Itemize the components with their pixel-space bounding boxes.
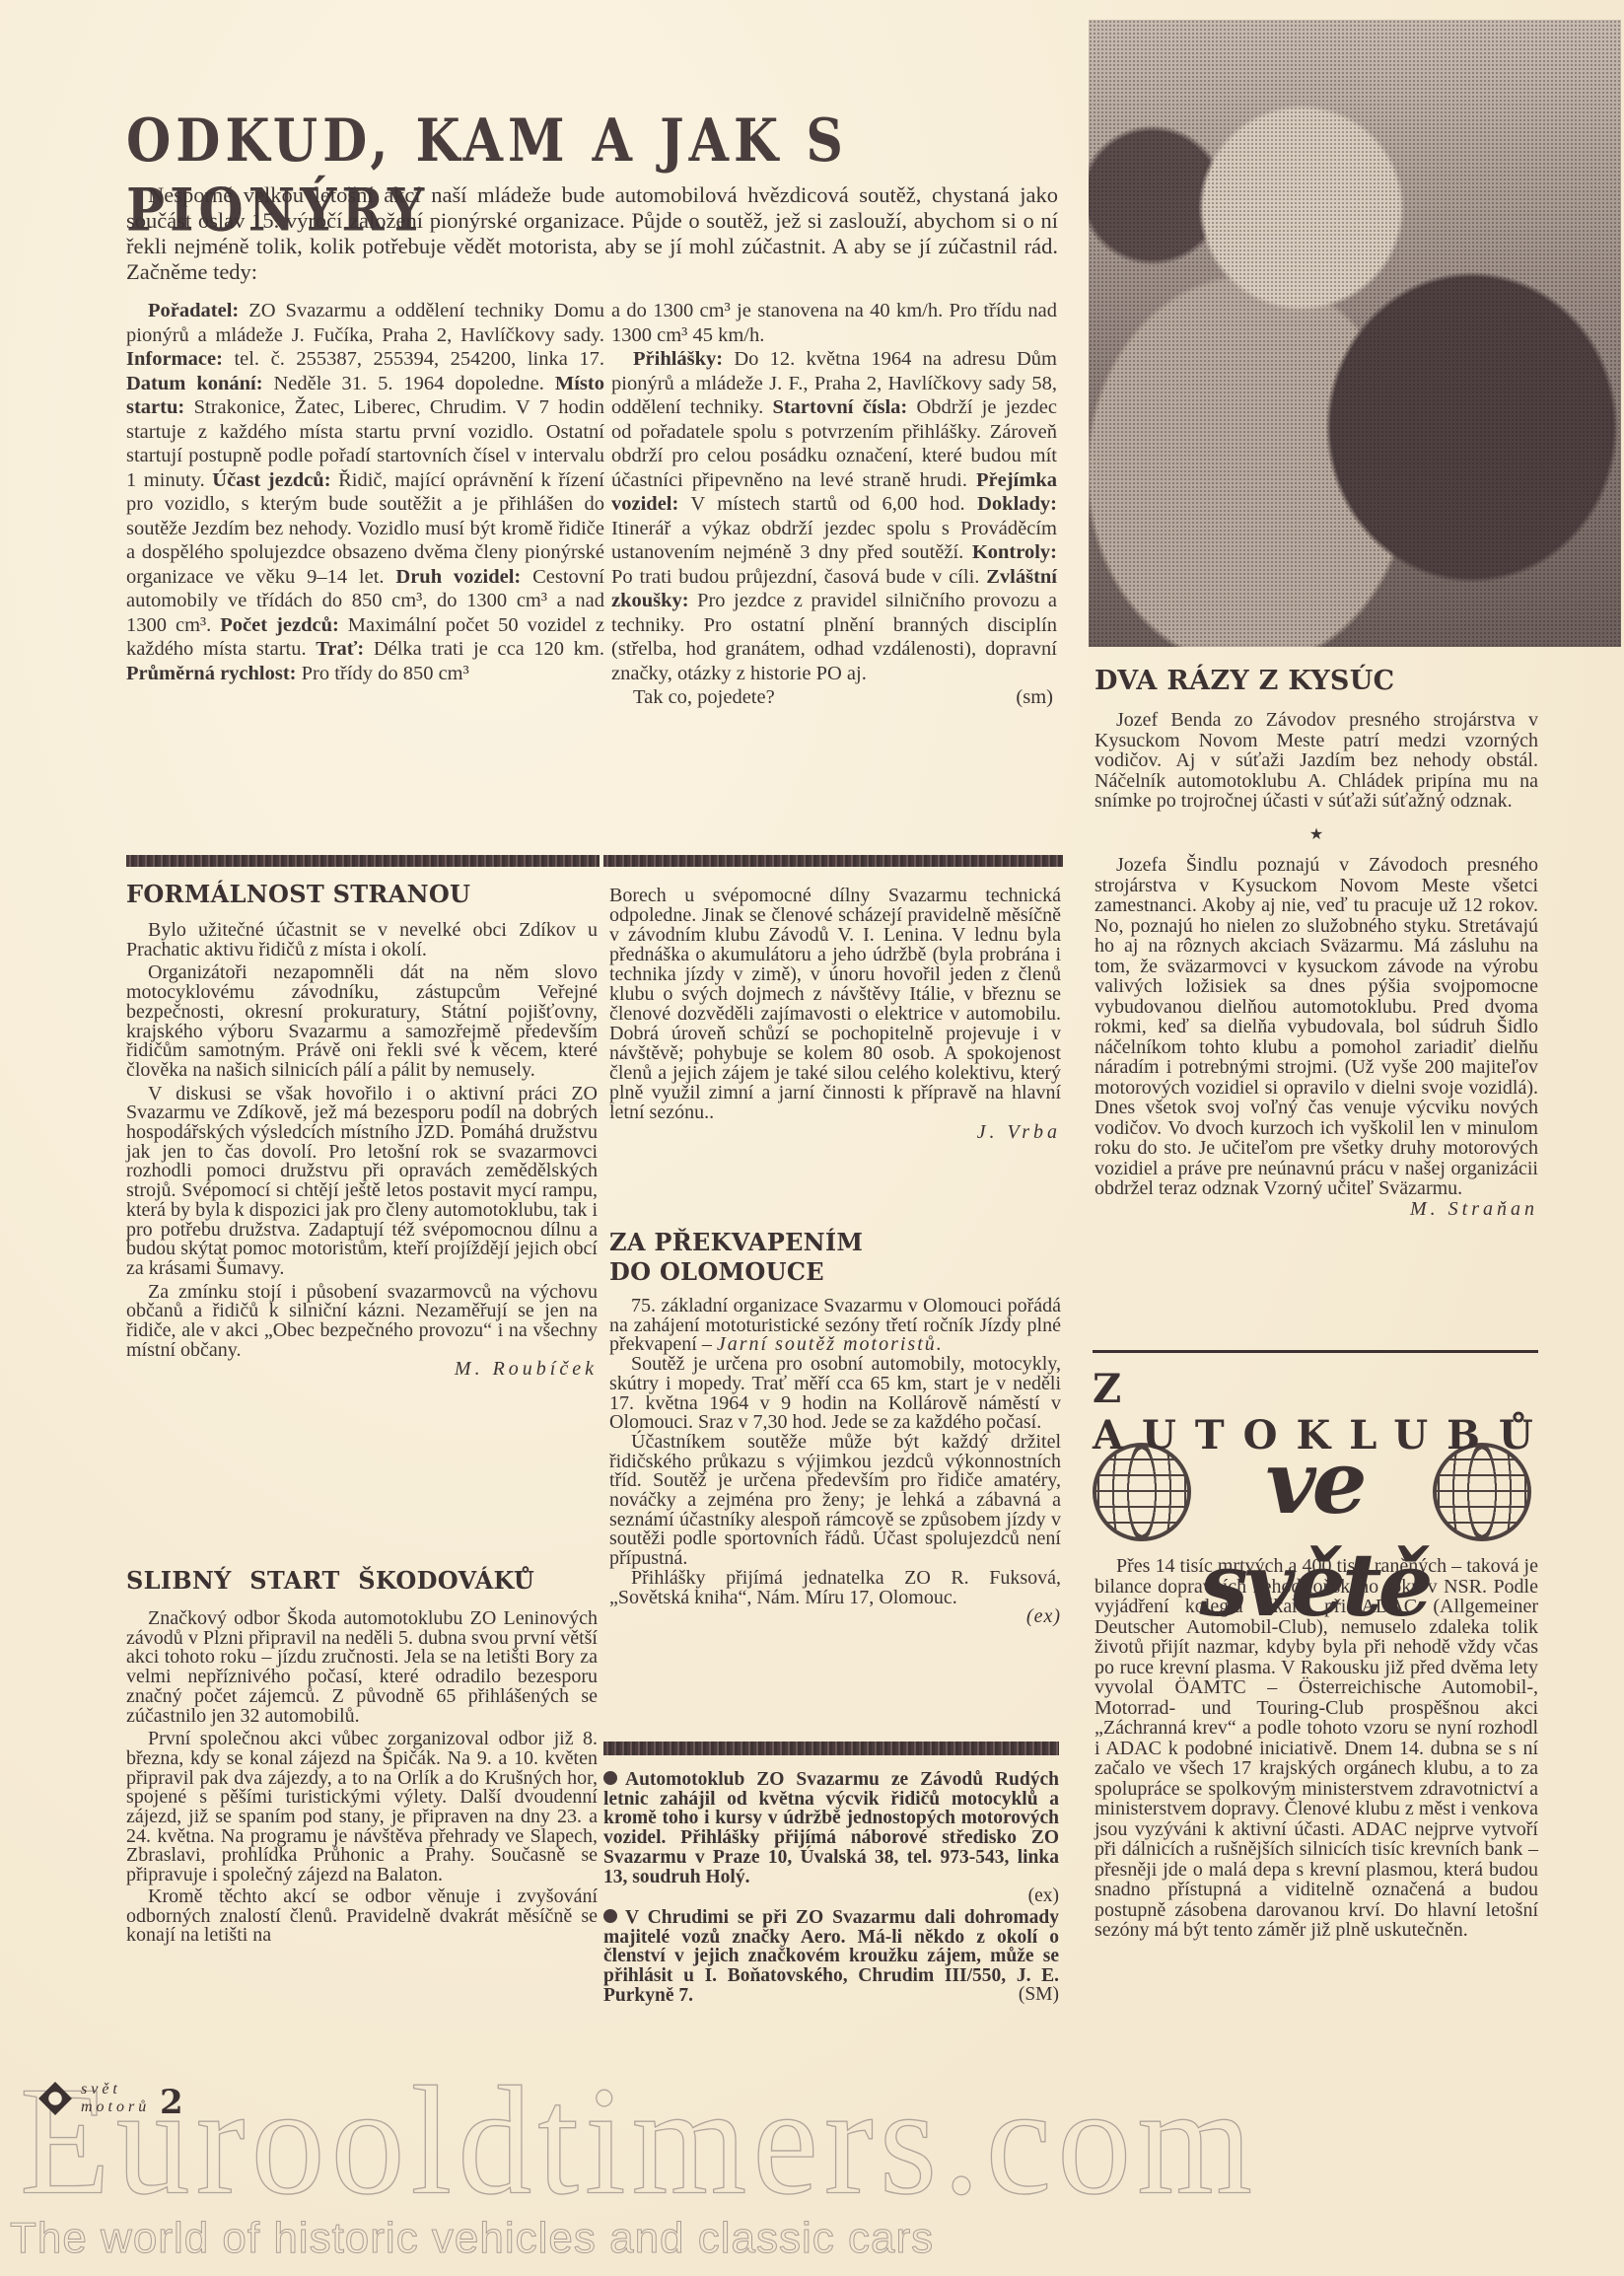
field-label: Průměrná rychlost:: [126, 663, 297, 684]
article-signature: (ex): [603, 1886, 1059, 1906]
autoklub-article: Přes 14 tisíc mrtvých a 400 tisíc raněný…: [1094, 1556, 1538, 1941]
field-label: Kontroly:: [972, 541, 1057, 563]
article-paragraph: Organizátoři nezapomněli dát na něm slov…: [126, 963, 598, 1080]
article-headline: FORMÁLNOST STRANOU: [126, 880, 598, 909]
slibny-start-article: SLIBNÝ START ŠKODOVÁKŮ Značkový odbor Šk…: [126, 1566, 598, 1946]
field-label: Pořadatel:: [148, 300, 239, 321]
article-signature: J. Vrba: [609, 1122, 1061, 1142]
page-number: 2: [160, 2083, 183, 2122]
field-label: Datum konání:: [126, 373, 263, 394]
field-text: tel. č. 255387, 255394, 254200, linka 17…: [223, 348, 604, 370]
section-divider: [1093, 1350, 1538, 1353]
article-paragraph: Soutěž je určena pro osobní automobily, …: [609, 1355, 1061, 1433]
article-paragraph: Kromě těchto akcí se odbor věnuje i zvyš…: [126, 1887, 598, 1946]
bullet-icon: [603, 1771, 617, 1785]
article-paragraph: Borech u svépomocné dílny Svazarmu techn…: [609, 886, 1061, 1122]
field-label: Druh vozidel:: [395, 566, 521, 588]
formalnost-article: FORMÁLNOST STRANOU Bylo užitečné účastni…: [126, 880, 598, 1380]
article-paragraph: Bylo užitečné účastnit se v nevelké obci…: [126, 921, 598, 960]
magazine-name-line-2: motorů: [81, 2098, 150, 2116]
article-paragraph: Přihlášky přijímá jednatelka ZO R. Fukso…: [609, 1569, 1061, 1607]
main-article-column-2: a do 1300 cm³ je stanovena na 40 km/h. P…: [611, 299, 1057, 710]
field-label: Počet jezdců:: [220, 614, 339, 636]
field-text: Po trati budou průjezdní, časová bude v …: [611, 566, 986, 588]
article-headline-line-2: DO OLOMOUCE: [609, 1257, 1061, 1287]
article-paragraph: Značkový odbor Škoda automotoklubu ZO Le…: [126, 1609, 598, 1726]
article-paragraph: Za zmínku stojí i působení svazarmovců n…: [126, 1283, 598, 1361]
field-text: Pro třídy do 850 cm³: [297, 663, 469, 684]
field-text: Délka trati je cca 120 km.: [364, 638, 604, 660]
globe-icon: [1433, 1443, 1531, 1541]
field-text: Neděle 31. 5. 1964 dopoledne.: [263, 373, 555, 394]
magazine-name-line-1: svět: [81, 2081, 150, 2098]
event-name: Jarní soutěž motoristů.: [717, 1333, 944, 1355]
field-label: Informace:: [126, 348, 223, 370]
article-signature: M. Roubíček: [126, 1360, 598, 1380]
article-paragraph: Účastníkem soutěže může být každý držite…: [609, 1433, 1061, 1569]
section-divider: [126, 855, 600, 867]
star-separator-icon: ★: [1094, 825, 1538, 846]
article-signature: (sm): [994, 685, 1053, 710]
globe-icon: [1093, 1443, 1191, 1541]
bullet-icon: [603, 1909, 617, 1923]
article-signature: M. Straňan: [1094, 1199, 1538, 1220]
article-paragraph: Jozefa Šindlu poznajú v Závodoch presnéh…: [1094, 855, 1538, 1199]
article-headline: SLIBNÝ START ŠKODOVÁKŮ: [126, 1566, 598, 1596]
field-label: Účast jezdců:: [212, 469, 330, 491]
section-divider: [603, 1742, 1059, 1755]
olomouc-article: ZA PŘEKVAPENÍM DO OLOMOUCE 75. základní …: [609, 1228, 1061, 1627]
field-label: Doklady:: [977, 493, 1057, 515]
short-news: Automotoklub ZO Svazarmu ze Závodů Rudýc…: [603, 1770, 1059, 2005]
short-news-text: Automotoklub ZO Svazarmu ze Závodů Rudýc…: [603, 1769, 1059, 1887]
field-label: Trať:: [316, 638, 364, 660]
ve-svete-logo: ve světě: [1093, 1435, 1536, 1543]
article-photo: [1089, 20, 1621, 647]
article-headline: DVA RÁZY Z KYSÚC: [1094, 667, 1538, 696]
slibny-start-continuation: Borech u svépomocné dílny Svazarmu techn…: [609, 886, 1061, 1142]
field-label: Startovní čísla:: [772, 396, 907, 418]
watermark-logo: Eurooldtimers.com: [20, 2052, 1258, 2231]
field-label: Přihlášky:: [633, 348, 723, 370]
column-continuation: a do 1300 cm³ je stanovena na 40 km/h. P…: [611, 299, 1057, 347]
closing-question: Tak co, pojedete?: [611, 685, 775, 710]
dva-razy-article: DVA RÁZY Z KYSÚC Jozef Benda zo Závodov …: [1094, 667, 1538, 1219]
watermark-tagline: The world of historic vehicles and class…: [10, 2214, 934, 2263]
article-paragraph: První společnou akci vůbec zorganizoval …: [126, 1730, 598, 1885]
main-article-column-1: Pořadatel: ZO Svazarmu a oddělení techni…: [126, 299, 604, 685]
main-article-intro: Nesporně velkou letošní akcí naší mládež…: [126, 182, 1058, 285]
field-text: V místech startů od 6,00 hod.: [678, 493, 977, 515]
article-headline: ZA PŘEKVAPENÍM: [609, 1228, 1061, 1257]
magazine-name: svět motorů: [81, 2081, 150, 2116]
section-divider: [603, 855, 1063, 867]
article-paragraph: Přes 14 tisíc mrtvých a 400 tisíc raněný…: [1094, 1556, 1538, 1941]
article-paragraph: V diskusi se však hovořilo i o aktivní p…: [126, 1085, 598, 1279]
article-paragraph: Jozef Benda zo Závodov presného strojárs…: [1094, 710, 1538, 812]
article-signature: (ex): [609, 1607, 1061, 1627]
short-news-item: Automotoklub ZO Svazarmu ze Závodů Rudýc…: [603, 1770, 1059, 1886]
